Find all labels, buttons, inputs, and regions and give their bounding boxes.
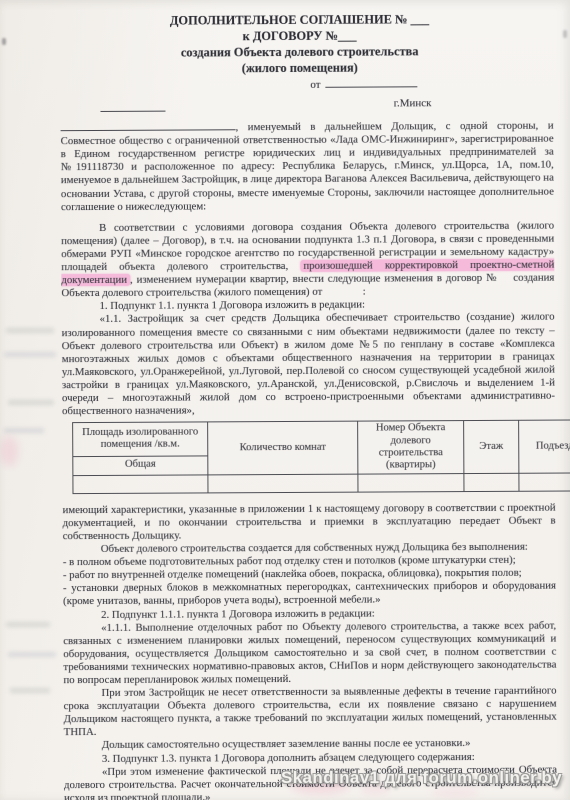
basis-paragraph: В соответствии с условиями договора созд… [61,219,554,300]
table-empty-row [73,473,570,494]
table-header-entrance: Подъезд [519,420,570,473]
blank-name-field [61,119,236,131]
title-date-line: от [60,76,539,95]
blank-date-field [325,76,417,87]
title-line-4: (жилого помещения) [60,59,539,78]
city-label: г.Минск [394,97,432,110]
clause-1-1-paragraph: «1.1. Застройщик за счет средств Дольщик… [62,311,556,418]
table-empty-cell [358,473,464,492]
table-header-rooms: Количество комнат [208,421,358,474]
table-empty-cell [208,474,358,493]
warranty-paragraph: При этом Застройщик не несет ответственн… [64,685,557,740]
table-header-row: Площадь изолированного помещения /кв.м. … [73,420,570,456]
forum-watermark: Skandinav1 для forum.onliner.by [281,768,562,788]
clause-1-1-1-paragraph: «1.1.1. Выполнение отделочных работ по О… [63,619,556,687]
table-header-number: Номер Объекта долевого строительства (кв… [358,421,464,474]
table-empty-cell [464,473,519,491]
place-row: г.Минск [60,97,553,113]
table-subheader-total: Общая [73,455,208,475]
document-title: ДОПОЛНИТЕЛЬНОЕ СОГЛАШЕНИЕ № ___ к ДОГОВО… [60,11,553,95]
table-empty-cell [519,473,570,491]
document-body: ДОПОЛНИТЕЛЬНОЕ СОГЛАШЕНИЕ № ___ к ДОГОВО… [0,0,570,800]
blank-field [100,101,165,112]
apartment-parameters-table: Площадь изолированного помещения /кв.м. … [72,420,570,494]
after-table-paragraph: имеющий характеристики, указанные в прил… [63,501,556,543]
table-empty-cell [73,475,208,494]
bullet-item: - установки дверных блоков в межкомнатны… [63,580,556,609]
intro-text: , именуемый в дальнейшем Дольщик, с одно… [61,120,554,213]
basis-text-post: , изменением нумерации квартир, внести с… [61,272,554,300]
date-prefix-label: от [310,79,320,91]
table-header-floor: Этаж [464,420,519,473]
scanned-document-page: ДОПОЛНИТЕЛЬНОЕ СОГЛАШЕНИЕ № ___ к ДОГОВО… [0,0,570,800]
table-header-area: Площадь изолированного помещения /кв.м. [73,422,208,456]
intro-paragraph: , именуемый в дальнейшем Дольщик, с одно… [61,118,554,214]
